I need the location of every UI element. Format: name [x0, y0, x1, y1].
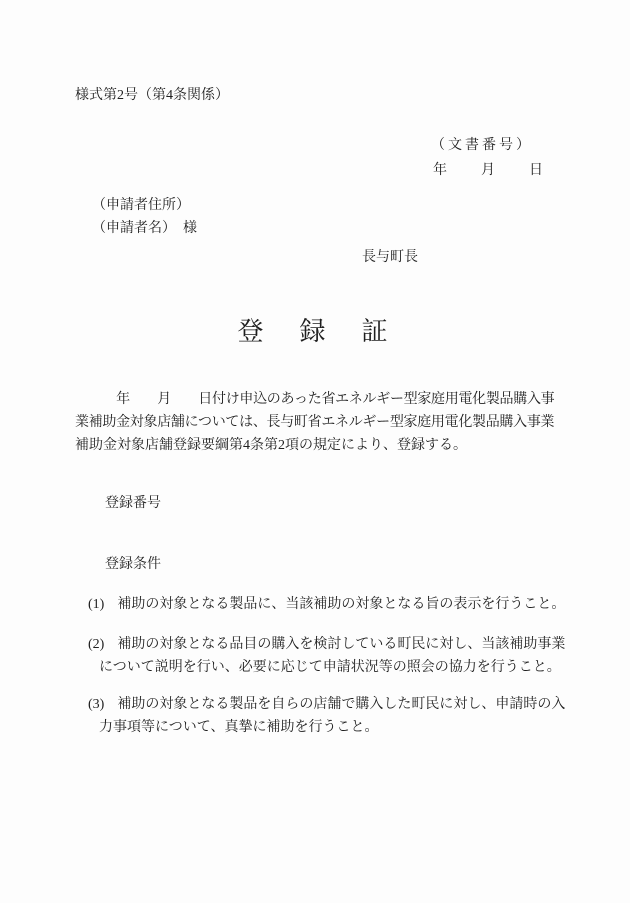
condition-item: (2)補助の対象となる品目の購入を検討している町民に対し、当該補助事業について説… — [99, 633, 577, 679]
condition-item: (3)補助の対象となる製品を自らの店舗で購入した町民に対し、申請時の入力事項等に… — [99, 693, 577, 739]
body-line: 業補助金対象店舗については、長与町省エネルギー型家庭用電化製品購入事業 — [75, 411, 575, 434]
document-header-right: （文書番号） 年 月 日 — [431, 133, 545, 183]
issuer-name: 長与町長 — [362, 251, 418, 265]
body-paragraph: 年 月 日付け申込のあった省エネルギー型家庭用電化製品購入事 業補助金対象店舗に… — [75, 388, 575, 457]
condition-text: 補助の対象となる品目の購入を検討している町民に対し、当該補助事業について説明を行… — [99, 637, 565, 675]
document-page: 様式第2号（第4条関係） （文書番号） 年 月 日 （申請者住所） （申請者名）… — [0, 0, 630, 903]
body-line: 補助金対象店舗登録要綱第4条第2項の規定により、登録する。 — [75, 434, 575, 457]
certificate-title: 登 録 証 — [0, 319, 630, 345]
condition-marker: (1) — [88, 597, 104, 612]
condition-text: 補助の対象となる製品を自らの店舗で購入した町民に対し、申請時の入力事項等について… — [99, 697, 565, 735]
condition-text: 補助の対象となる製品に、当該補助の対象となる旨の表示を行うこと。 — [117, 597, 565, 612]
issue-date-line: 年 月 日 — [431, 158, 545, 183]
condition-marker: (3) — [88, 697, 104, 712]
registration-conditions-label: 登録条件 — [105, 558, 161, 572]
recipient-block: （申請者住所） （申請者名） 様 — [92, 194, 197, 240]
form-number-label: 様式第2号（第4条関係） — [75, 89, 229, 103]
applicant-address-placeholder: （申請者住所） — [92, 194, 197, 217]
doc-number-placeholder: （文書番号） — [431, 133, 545, 158]
registration-number-label: 登録番号 — [105, 497, 161, 511]
applicant-name-placeholder: （申請者名） 様 — [92, 217, 197, 240]
condition-marker: (2) — [88, 637, 104, 652]
condition-item: (1)補助の対象となる製品に、当該補助の対象となる旨の表示を行うこと。 — [99, 593, 577, 616]
body-line: 年 月 日付け申込のあった省エネルギー型家庭用電化製品購入事 — [75, 388, 575, 411]
